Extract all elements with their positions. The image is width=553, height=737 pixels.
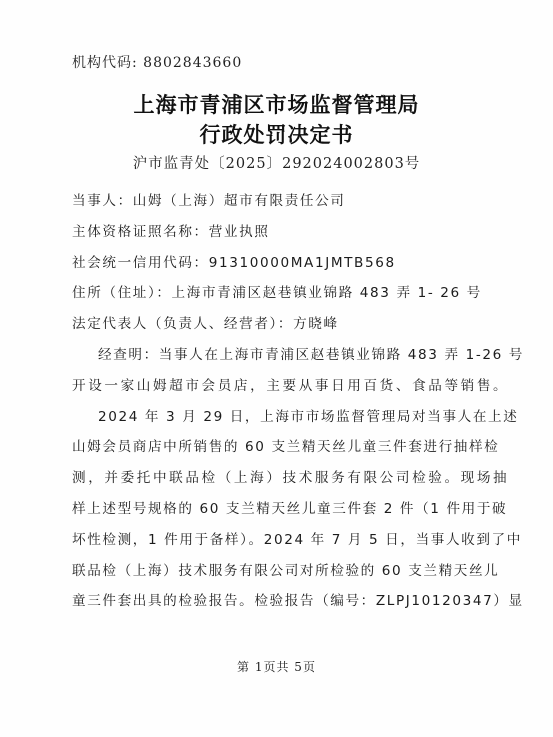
credit-code-field: 社会统一信用代码：91310000MA1JMTB568 xyxy=(72,250,482,281)
party-field: 当事人：山姆（上海）超市有限责任公司 xyxy=(72,188,482,219)
inspection-paragraph-line: 测，并委托中联品检（上海）技术服务有限公司检验。现场抽 xyxy=(72,465,482,496)
document-type-title: 行政处罚决定书 xyxy=(0,119,553,149)
address-field: 住所（住址）：上海市青浦区赵巷镇业锦路 483 弄 1- 26 号 xyxy=(72,280,482,311)
findings-paragraph-line: 开设一家山姆超市会员店，主要从事日用百货、食品等销售。 xyxy=(72,373,482,404)
findings-paragraph-line: 经查明：当事人在上海市青浦区赵巷镇业锦路 483 弄 1-26 号 xyxy=(72,342,482,373)
inspection-paragraph-line: 联品检（上海）技术服务有限公司对所检验的 60 支兰精天丝儿 xyxy=(72,558,482,589)
org-code: 机构代码: 8802843660 xyxy=(72,52,242,72)
document-page: 机构代码: 8802843660 上海市青浦区市场监督管理局 行政处罚决定书 沪… xyxy=(0,0,553,737)
inspection-paragraph-line: 坏性检测，1 件用于备样）。2024 年 7 月 5 日，当事人收到了中 xyxy=(72,527,482,558)
document-body: 当事人：山姆（上海）超市有限责任公司 主体资格证照名称：营业执照 社会统一信用代… xyxy=(72,188,482,619)
legal-representative-field: 法定代表人（负责人、经营者）：方晓峰 xyxy=(72,311,482,342)
issuing-authority-title: 上海市青浦区市场监督管理局 xyxy=(0,89,553,119)
page-indicator: 第 1页共 5页 xyxy=(0,658,553,675)
document-number: 沪市监青处〔2025〕292024002803号 xyxy=(0,152,553,173)
inspection-paragraph-line: 童三件套出具的检验报告。检验报告（编号：ZLPJ10120347）显 xyxy=(72,588,482,619)
inspection-paragraph-line: 2024 年 3 月 29 日，上海市市场监督管理局对当事人在上述 xyxy=(72,404,482,435)
inspection-paragraph-line: 山姆会员商店中所销售的 60 支兰精天丝儿童三件套进行抽样检 xyxy=(72,434,482,465)
license-name-field: 主体资格证照名称：营业执照 xyxy=(72,219,482,250)
inspection-paragraph-line: 样上述型号规格的 60 支兰精天丝儿童三件套 2 件（1 件用于破 xyxy=(72,496,482,527)
